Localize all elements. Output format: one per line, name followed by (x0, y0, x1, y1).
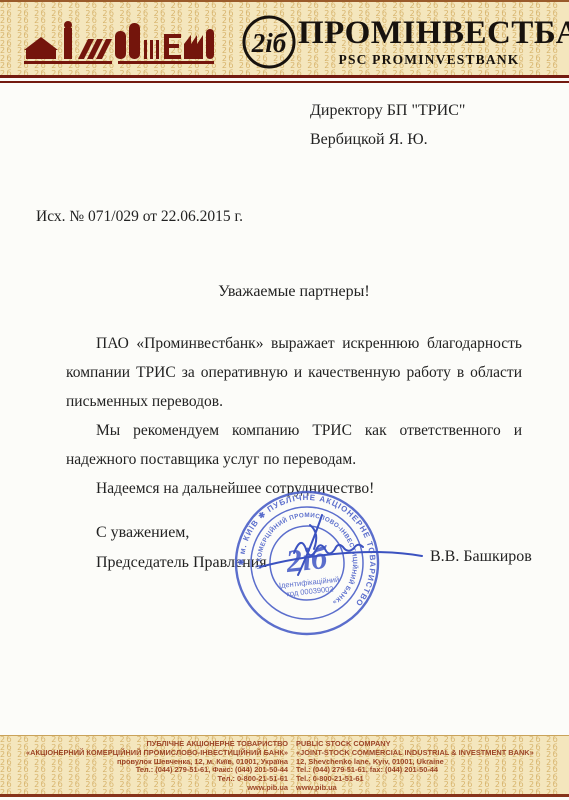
bank-name-en: PSC PROMINVESTBANK (298, 52, 560, 68)
monogram-glyph: 2іб (251, 28, 288, 58)
footer-left-website: www.pib.ua (10, 784, 288, 793)
footer-right-column: PUBLIC STOCK COMPANY «JOINT-STOCK COMMER… (296, 740, 546, 793)
header-double-rule (0, 75, 569, 83)
header-title-block: ПРОМІНВЕСТБАНК PSC PROMINVESTBANK (298, 16, 560, 68)
paragraph-1: ПАО «Проминвестбанк» выражает искреннюю … (66, 329, 522, 416)
footer-left-column: ПУБЛІЧНЕ АКЦІОНЕРНЕ ТОВАРИСТВО «АКЦІОНЕР… (10, 740, 288, 793)
addressee-line2: Вербицкой Я. Ю. (310, 125, 465, 154)
handwritten-signature (252, 505, 432, 595)
header-band: 2б 2б 2б 2б 2б 2б 2б 2б 2б 2б 2б 2б 2б 2… (0, 0, 569, 75)
paragraph-2: Мы рекомендуем компанию ТРИС как ответст… (66, 416, 522, 474)
footer-right-website: www.pib.ua (296, 784, 546, 793)
bank-monogram-emblem-icon: 2іб (240, 13, 298, 71)
addressee-line1: Директору БП "ТРИС" (310, 96, 465, 125)
addressee-block: Директору БП "ТРИС" Вербицкой Я. Ю. (310, 96, 465, 154)
salutation: Уважаемые партнеры! (66, 283, 522, 301)
bank-name: ПРОМІНВЕСТБАНК (298, 16, 560, 50)
letter-body: ПАО «Проминвестбанк» выражает искреннюю … (66, 329, 522, 503)
reference-number: Исх. № 071/029 от 22.06.2015 г. (36, 208, 243, 226)
signer-name: В.В. Башкиров (430, 548, 532, 566)
scanned-letter-page: 2б 2б 2б 2б 2б 2б 2б 2б 2б 2б 2б 2б 2б 2… (0, 0, 569, 800)
factory-skyline-icon (24, 14, 214, 68)
